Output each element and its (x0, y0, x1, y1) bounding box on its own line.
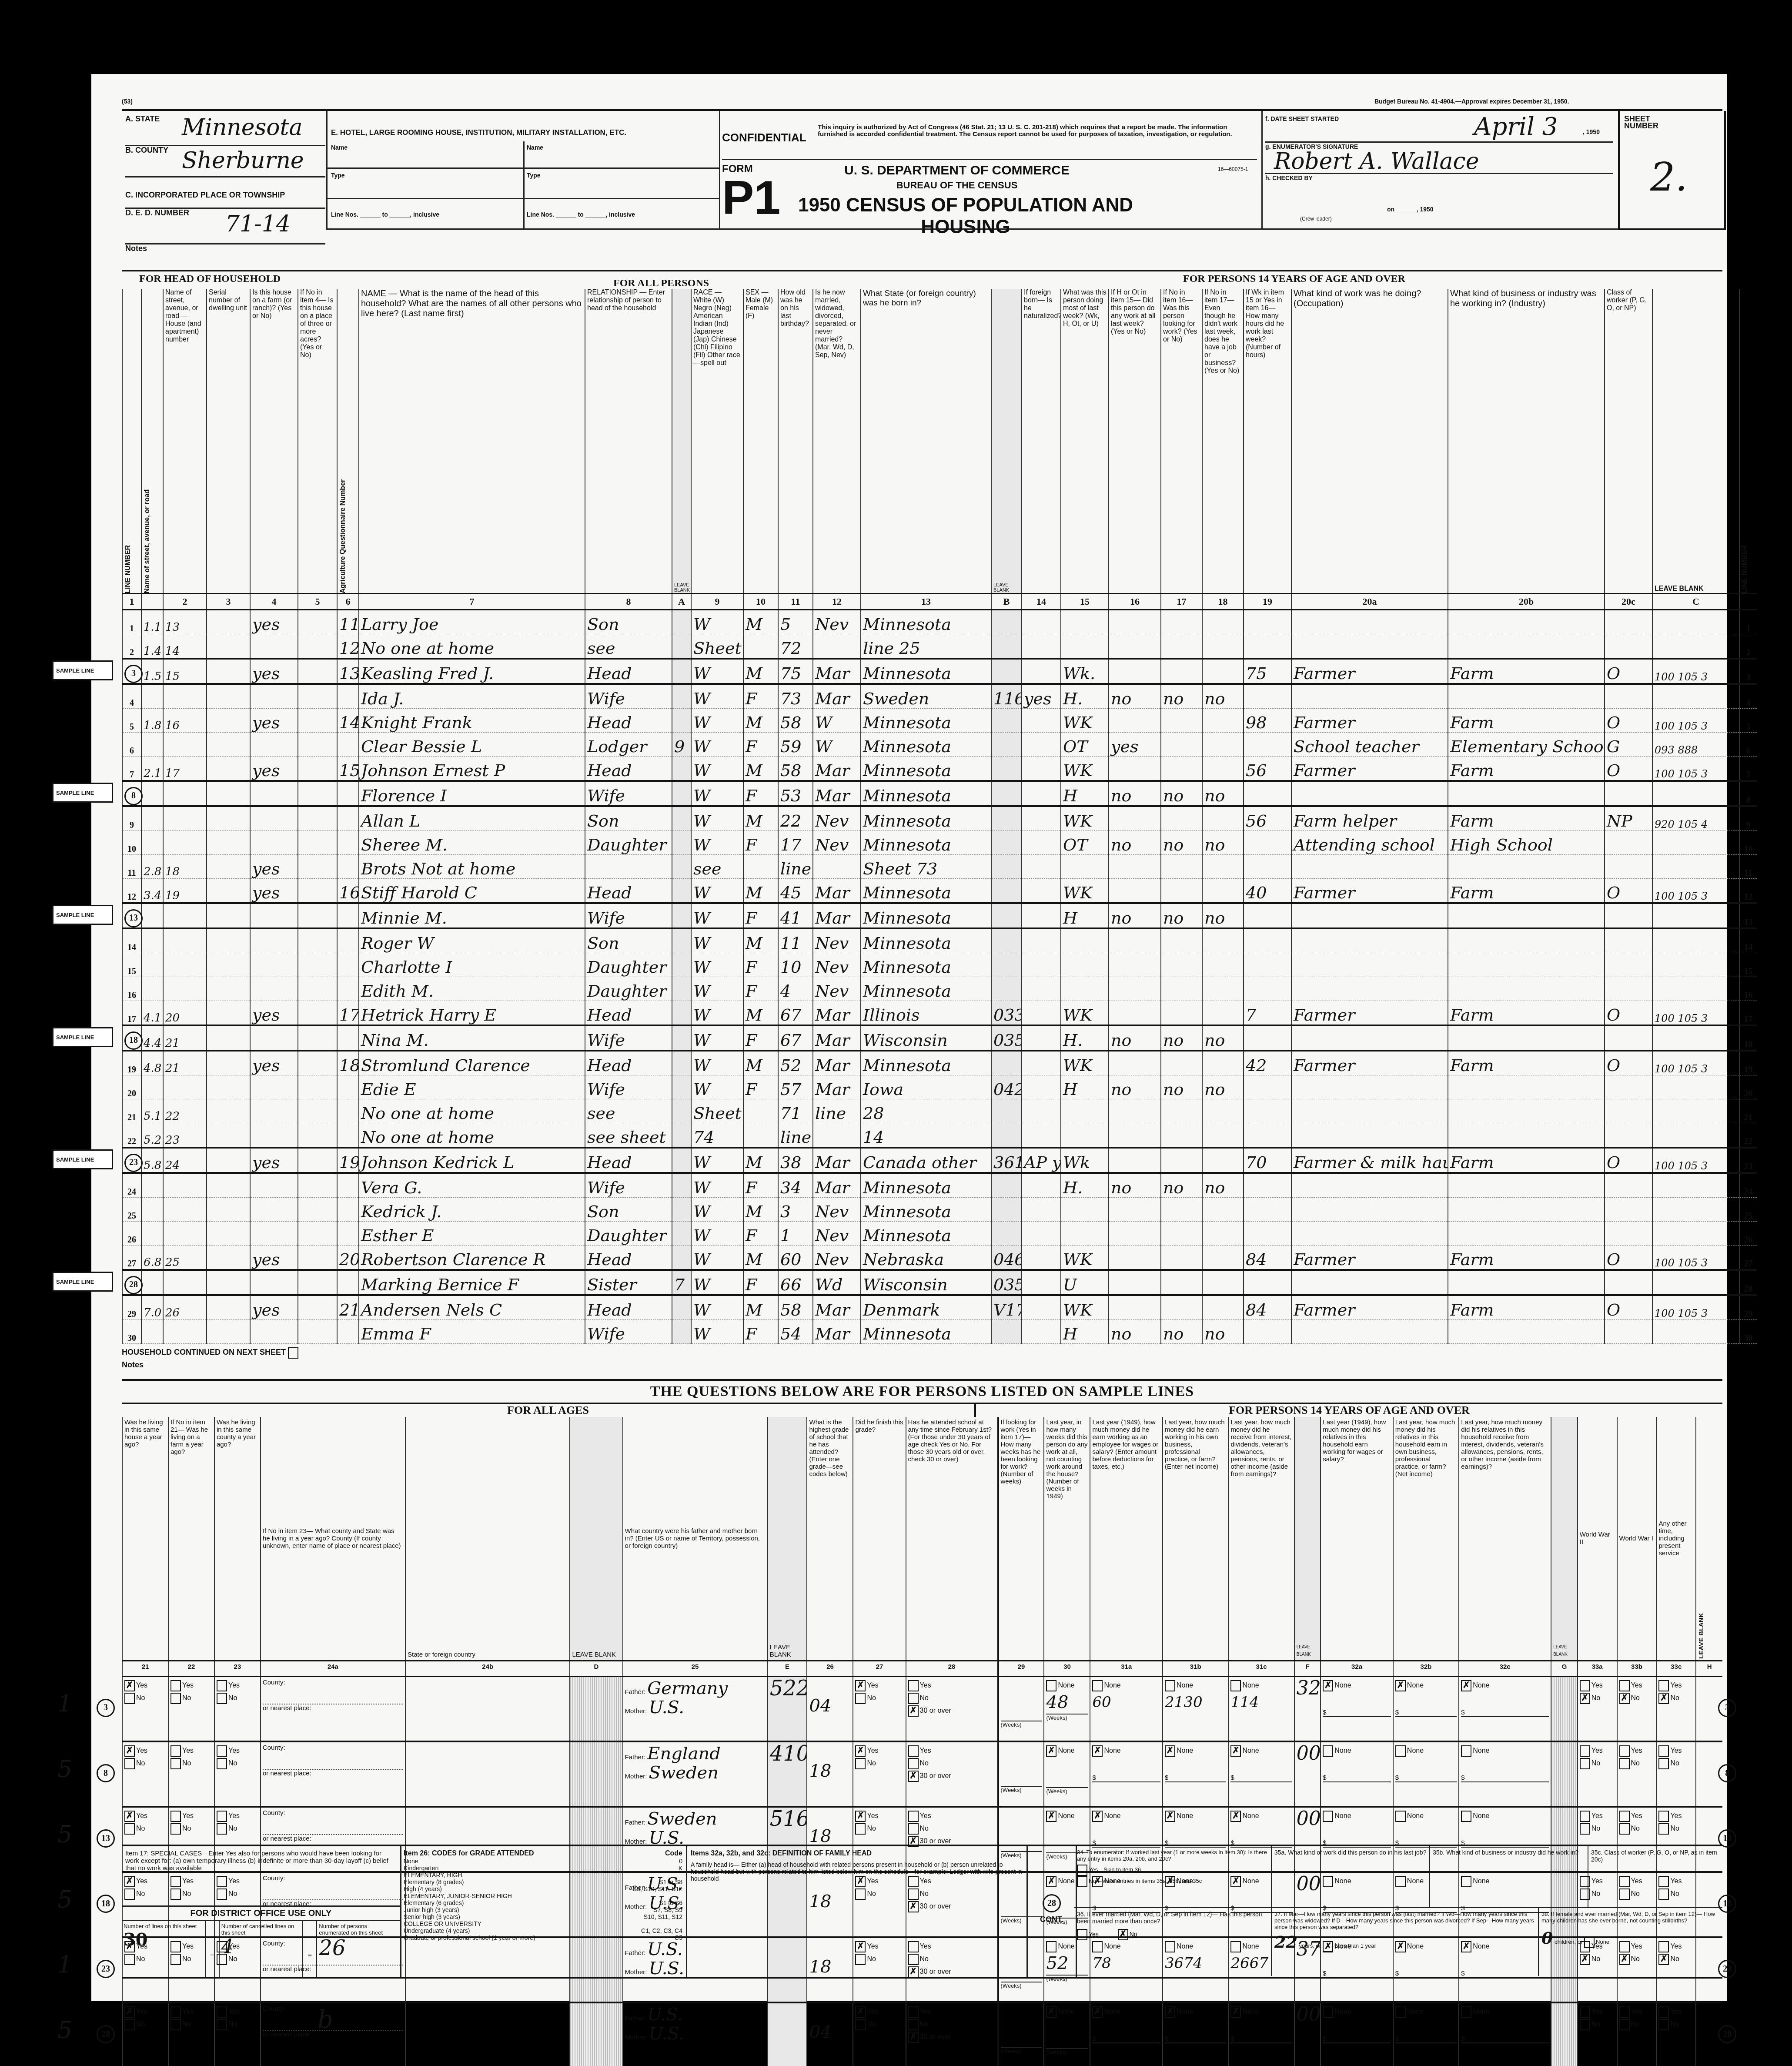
cell-person-name[interactable]: Florence I (359, 781, 585, 806)
q33b-no-checkbox[interactable]: ✗ (1619, 1693, 1630, 1704)
cell-sex[interactable]: F (743, 684, 778, 709)
cell-sex[interactable] (743, 1099, 778, 1123)
cell-worked-last-week[interactable] (1109, 708, 1161, 732)
cell-occupation[interactable]: Attending school (1291, 830, 1448, 854)
cell-occupation[interactable]: Farmer (1291, 1001, 1448, 1025)
cell-house-number[interactable] (163, 684, 207, 709)
cell-industry[interactable]: Elementary School (1448, 732, 1605, 756)
cell-sex[interactable]: F (743, 1319, 778, 1343)
q23-no-checkbox[interactable] (217, 2019, 227, 2030)
q24a-cell[interactable]: County:or nearest place: (261, 1741, 405, 1807)
cell-leave-blank-a[interactable] (672, 806, 691, 831)
cell-house-number[interactable] (163, 732, 207, 756)
cell-sex[interactable]: M (743, 708, 778, 732)
cell-race[interactable]: W (691, 953, 743, 977)
cell-line-number-right[interactable]: 12 (1739, 878, 1757, 903)
q33a-yes-checkbox[interactable] (1580, 2006, 1590, 2018)
cell-industry[interactable] (1448, 903, 1605, 928)
cell-marital-status[interactable]: Nev (813, 609, 861, 634)
cell-person-name[interactable]: No one at home (359, 1123, 585, 1148)
cell-worked-last-week[interactable] (1109, 1148, 1161, 1173)
cell-has-job[interactable]: no (1202, 903, 1244, 928)
cell-age[interactable]: 75 (778, 659, 813, 684)
cell-relationship[interactable]: Son (585, 928, 672, 953)
cell-looking-for-work[interactable] (1161, 1001, 1202, 1025)
q31a-cell[interactable]: ✗None$ (1090, 2002, 1163, 2066)
cell-race[interactable]: W (691, 1001, 743, 1025)
cell-line-number-right[interactable]: 10 (1739, 830, 1757, 854)
cell-line-number[interactable]: 5 (122, 708, 141, 732)
cell-age[interactable]: 60 (778, 1245, 813, 1270)
cell-house-number[interactable] (163, 903, 207, 928)
cell-three-acres[interactable] (298, 1270, 337, 1295)
cell-three-acres[interactable] (298, 1001, 337, 1025)
cell-agri-questionnaire[interactable] (337, 903, 359, 928)
cell-person-name[interactable]: Hetrick Harry E (359, 1001, 585, 1025)
cell-on-farm[interactable] (250, 732, 298, 756)
cell-age[interactable]: 45 (778, 878, 813, 903)
cell-marital-status[interactable]: Nev (813, 806, 861, 831)
cell-line-number-right[interactable]: 6 (1739, 732, 1757, 756)
cell-looking-for-work[interactable] (1161, 634, 1202, 659)
cell-line-number-right[interactable]: 11 (1739, 854, 1757, 878)
cell-marital-status[interactable]: Mar (813, 1148, 861, 1173)
cell-dwelling-serial[interactable] (207, 854, 250, 878)
cell-person-name[interactable]: Marking Bernice F (359, 1270, 585, 1295)
cell-birthplace[interactable]: Minnesota (861, 1319, 991, 1343)
cell-worked-last-week[interactable] (1109, 609, 1161, 634)
cell-has-job[interactable] (1202, 609, 1244, 634)
cell-hours-worked[interactable]: 98 (1244, 708, 1291, 732)
cell-age[interactable]: 67 (778, 1025, 813, 1051)
cell-three-acres[interactable] (298, 830, 337, 854)
cell-has-job[interactable]: no (1202, 781, 1244, 806)
cell-three-acres[interactable] (298, 1197, 337, 1221)
q22-no-checkbox[interactable] (171, 1758, 181, 1769)
cell-hours-worked[interactable] (1244, 732, 1291, 756)
cell-agri-questionnaire[interactable] (337, 830, 359, 854)
q26-cell[interactable]: 04 (807, 2002, 853, 2066)
cell-leave-blank-c[interactable] (1652, 830, 1739, 854)
cell-three-acres[interactable] (298, 1221, 337, 1245)
cell-agri-questionnaire[interactable] (337, 732, 359, 756)
cell-marital-status[interactable]: Nev (813, 953, 861, 977)
q31a-none-checkbox[interactable]: ✗ (1092, 2006, 1103, 2018)
cell-age[interactable]: 4 (778, 977, 813, 1001)
cell-naturalized[interactable] (1022, 1025, 1061, 1051)
cell-birthplace[interactable]: Minnesota (861, 1221, 991, 1245)
cell-hours-worked[interactable] (1244, 1221, 1291, 1245)
cell-street[interactable]: 4.8 N.E. Rge (141, 1051, 163, 1075)
cell-dwelling-serial[interactable] (207, 1319, 250, 1343)
cell-line-number[interactable]: 23 (122, 1148, 141, 1173)
cell-line-number-right[interactable]: 5 (1739, 708, 1757, 732)
cell-race[interactable]: W (691, 806, 743, 831)
cell-activity[interactable]: WK (1061, 1245, 1109, 1270)
cell-race[interactable]: W (691, 1245, 743, 1270)
cell-naturalized[interactable] (1022, 659, 1061, 684)
cell-marital-status[interactable]: Nev (813, 1245, 861, 1270)
cell-agri-questionnaire[interactable] (337, 1075, 359, 1099)
cell-sex[interactable]: F (743, 977, 778, 1001)
cell-activity[interactable]: H (1061, 781, 1109, 806)
cell-hours-worked[interactable] (1244, 953, 1291, 977)
cell-dwelling-serial[interactable] (207, 928, 250, 953)
cell-hours-worked[interactable] (1244, 609, 1291, 634)
cell-looking-for-work[interactable]: no (1161, 684, 1202, 709)
cell-three-acres[interactable] (298, 806, 337, 831)
cell-leave-blank-c[interactable] (1652, 1025, 1739, 1051)
cell-looking-for-work[interactable] (1161, 708, 1202, 732)
cell-agri-questionnaire[interactable]: 14 (337, 708, 359, 732)
cell-relationship[interactable]: Head (585, 708, 672, 732)
cell-looking-for-work[interactable]: no (1161, 1025, 1202, 1051)
q32c-cell[interactable]: None$ (1459, 2002, 1551, 2066)
cell-occupation[interactable]: Farmer (1291, 878, 1448, 903)
cell-marital-status[interactable] (813, 634, 861, 659)
cell-class-of-worker[interactable]: G (1605, 732, 1652, 756)
cell-leave-blank-b[interactable]: 035 (991, 1025, 1022, 1051)
household-continued-checkbox[interactable] (288, 1347, 298, 1359)
cell-leave-blank-c[interactable]: 093 888 (1652, 732, 1739, 756)
cell-class-of-worker[interactable] (1605, 634, 1652, 659)
q28-thirty-checkbox[interactable]: ✗ (908, 2032, 919, 2043)
q31c-none-checkbox[interactable]: ✗ (1230, 1811, 1241, 1822)
cell-three-acres[interactable] (298, 1123, 337, 1148)
cell-leave-blank-a[interactable] (672, 830, 691, 854)
cell-birthplace[interactable]: line 25 (861, 634, 991, 659)
cell-street[interactable] (141, 781, 163, 806)
cell-looking-for-work[interactable] (1161, 609, 1202, 634)
cell-birthplace[interactable]: Minnesota (861, 659, 991, 684)
cell-relationship[interactable]: see (585, 1099, 672, 1123)
cell-race[interactable]: W (691, 684, 743, 709)
cell-looking-for-work[interactable]: no (1161, 830, 1202, 854)
cell-relationship[interactable]: Son (585, 1197, 672, 1221)
q31b-none-checkbox[interactable] (1165, 1680, 1175, 1691)
cell-birthplace[interactable]: Minnesota (861, 928, 991, 953)
cell-race[interactable]: W (691, 1075, 743, 1099)
cell-looking-for-work[interactable]: no (1161, 1319, 1202, 1343)
cell-has-job[interactable] (1202, 708, 1244, 732)
cell-person-name[interactable]: Esther E (359, 1221, 585, 1245)
cell-looking-for-work[interactable] (1161, 977, 1202, 1001)
cell-line-number[interactable]: 27 (122, 1245, 141, 1270)
cell-looking-for-work[interactable] (1161, 1295, 1202, 1320)
cell-leave-blank-c[interactable] (1652, 928, 1739, 953)
cell-looking-for-work[interactable] (1161, 806, 1202, 831)
q23-no-checkbox[interactable] (217, 1758, 227, 1769)
cell-relationship[interactable]: Son (585, 806, 672, 831)
q22-yes-checkbox[interactable] (171, 1745, 181, 1757)
cell-on-farm[interactable] (250, 1270, 298, 1295)
cell-class-of-worker[interactable] (1605, 1123, 1652, 1148)
cell-three-acres[interactable] (298, 1025, 337, 1051)
cell-person-name[interactable]: Johnson Ernest P (359, 756, 585, 781)
cell-sex[interactable]: F (743, 1270, 778, 1295)
cell-agri-questionnaire[interactable] (337, 1197, 359, 1221)
cell-has-job[interactable] (1202, 1001, 1244, 1025)
cell-hours-worked[interactable] (1244, 830, 1291, 854)
cell-naturalized[interactable] (1022, 1051, 1061, 1075)
q33c-no-checkbox[interactable]: ✗ (1658, 1693, 1669, 1704)
cell-activity[interactable] (1061, 953, 1109, 977)
cell-on-farm[interactable] (250, 634, 298, 659)
cell-house-number[interactable] (163, 1173, 207, 1198)
cell-birthplace[interactable]: Sheet 73 (861, 854, 991, 878)
q33a-no-checkbox[interactable] (1580, 2019, 1590, 2030)
cell-line-number-right[interactable]: 4 (1739, 684, 1757, 709)
cell-worked-last-week[interactable]: no (1109, 1173, 1161, 1198)
cell-industry[interactable] (1448, 684, 1605, 709)
cell-hours-worked[interactable] (1244, 1197, 1291, 1221)
cell-activity[interactable]: WK (1061, 806, 1109, 831)
cell-dwelling-serial[interactable] (207, 1245, 250, 1270)
cell-leave-blank-a[interactable] (672, 977, 691, 1001)
cell-street[interactable] (141, 1270, 163, 1295)
cell-leave-blank-a[interactable] (672, 1001, 691, 1025)
cell-race[interactable]: Sheet (691, 634, 743, 659)
q27-no-checkbox[interactable] (855, 1823, 866, 1835)
cell-marital-status[interactable]: Nev (813, 1221, 861, 1245)
cell-sex[interactable]: F (743, 781, 778, 806)
cell-sex[interactable]: F (743, 732, 778, 756)
q28-no-checkbox[interactable] (908, 1758, 919, 1769)
cell-industry[interactable] (1448, 1123, 1605, 1148)
cell-leave-blank-b[interactable]: 042 (991, 1075, 1022, 1099)
cell-agri-questionnaire[interactable] (337, 806, 359, 831)
cell-birthplace[interactable]: Minnesota (861, 1173, 991, 1198)
q22-no-checkbox[interactable] (171, 1693, 181, 1704)
cell-street[interactable]: 5.8 Hwy (141, 1148, 163, 1173)
cell-on-farm[interactable] (250, 830, 298, 854)
cell-on-farm[interactable] (250, 1319, 298, 1343)
cell-activity[interactable]: U (1061, 1270, 1109, 1295)
cell-leave-blank-a[interactable] (672, 756, 691, 781)
cell-looking-for-work[interactable] (1161, 1270, 1202, 1295)
cell-leave-blank-a[interactable] (672, 1099, 691, 1123)
cell-house-number[interactable] (163, 830, 207, 854)
cell-on-farm[interactable] (250, 1221, 298, 1245)
cell-naturalized[interactable] (1022, 806, 1061, 831)
q32a-cell[interactable]: None$ (1321, 1741, 1393, 1807)
cell-house-number[interactable] (163, 1221, 207, 1245)
cell-leave-blank-a[interactable] (672, 609, 691, 634)
cell-class-of-worker[interactable] (1605, 1319, 1652, 1343)
q33b-no-checkbox[interactable] (1619, 1758, 1630, 1769)
cell-agri-questionnaire[interactable] (337, 1025, 359, 1051)
cell-has-job[interactable] (1202, 878, 1244, 903)
cell-leave-blank-b[interactable]: 035 (991, 1270, 1022, 1295)
cell-has-job[interactable] (1202, 1197, 1244, 1221)
cell-on-farm[interactable]: yes (250, 1295, 298, 1320)
cell-looking-for-work[interactable]: no (1161, 1173, 1202, 1198)
cell-house-number[interactable] (163, 806, 207, 831)
cell-race[interactable]: see (691, 854, 743, 878)
cell-race[interactable]: W (691, 1295, 743, 1320)
cell-has-job[interactable] (1202, 977, 1244, 1001)
cell-relationship[interactable]: see (585, 634, 672, 659)
q24b-cell[interactable] (405, 1676, 570, 1741)
cell-naturalized[interactable] (1022, 781, 1061, 806)
cell-sex[interactable]: F (743, 1173, 778, 1198)
cell-leave-blank-b[interactable] (991, 977, 1022, 1001)
q27-no-checkbox[interactable] (855, 2019, 866, 2030)
cell-leave-blank-b[interactable]: 116 (991, 684, 1022, 709)
cell-line-number[interactable]: 24 (122, 1173, 141, 1198)
cell-industry[interactable]: Farm (1448, 756, 1605, 781)
q26-cell[interactable]: 18 (807, 1741, 853, 1807)
cell-on-farm[interactable] (250, 1025, 298, 1051)
cell-line-number-right[interactable]: 30 (1739, 1319, 1757, 1343)
cell-line-number[interactable]: 11 (122, 854, 141, 878)
cell-industry[interactable] (1448, 781, 1605, 806)
q35a-cell[interactable]: 35a. What kind of work did this person d… (1272, 1846, 1430, 1907)
cell-activity[interactable] (1061, 1221, 1109, 1245)
cell-naturalized[interactable] (1022, 1270, 1061, 1295)
cell-street[interactable]: 1.4 (141, 634, 163, 659)
cell-person-name[interactable]: Keasling Fred J. (359, 659, 585, 684)
cell-has-job[interactable]: no (1202, 1173, 1244, 1198)
cell-line-number[interactable]: 30 (122, 1319, 141, 1343)
cell-class-of-worker[interactable] (1605, 928, 1652, 953)
cell-agri-questionnaire[interactable] (337, 1319, 359, 1343)
cell-line-number[interactable]: 14 (122, 928, 141, 953)
q33b-yes-checkbox[interactable] (1619, 1811, 1630, 1822)
cell-activity[interactable] (1061, 854, 1109, 878)
cell-worked-last-week[interactable] (1109, 1051, 1161, 1075)
cell-house-number[interactable]: 15 (163, 659, 207, 684)
cell-looking-for-work[interactable] (1161, 1148, 1202, 1173)
cell-on-farm[interactable]: yes (250, 609, 298, 634)
cell-agri-questionnaire[interactable]: 15 (337, 756, 359, 781)
cell-leave-blank-c[interactable]: 100 105 3 (1652, 708, 1739, 732)
cell-street[interactable]: 5.2 (141, 1123, 163, 1148)
q21-yes-checkbox[interactable]: ✗ (124, 1811, 135, 1822)
q33c-no-checkbox[interactable] (1658, 1758, 1669, 1769)
cell-person-name[interactable]: Brots Not at home (359, 854, 585, 878)
cell-agri-questionnaire[interactable]: 16 (337, 878, 359, 903)
cell-age[interactable]: 66 (778, 1270, 813, 1295)
cell-birthplace[interactable]: Minnesota (861, 609, 991, 634)
cell-industry[interactable] (1448, 1099, 1605, 1123)
cell-birthplace[interactable]: Minnesota (861, 953, 991, 977)
cell-marital-status[interactable]: Mar (813, 1173, 861, 1198)
cell-leave-blank-c[interactable] (1652, 977, 1739, 1001)
q30-cell[interactable]: None48(Weeks) (1044, 1676, 1090, 1741)
cell-three-acres[interactable] (298, 1245, 337, 1270)
cell-line-number[interactable]: 29 (122, 1295, 141, 1320)
cell-leave-blank-b[interactable] (991, 953, 1022, 977)
cell-leave-blank-b[interactable]: V17 (991, 1295, 1022, 1320)
cell-industry[interactable]: Farm (1448, 806, 1605, 831)
cell-house-number[interactable] (163, 977, 207, 1001)
q23-yes-checkbox[interactable] (217, 1745, 227, 1757)
cell-relationship[interactable]: Wife (585, 1025, 672, 1051)
cell-line-number-right[interactable]: 15 (1739, 953, 1757, 977)
cell-line-number-right[interactable]: 28 (1739, 1270, 1757, 1295)
cell-birthplace[interactable]: Minnesota (861, 756, 991, 781)
cell-age[interactable]: 67 (778, 1001, 813, 1025)
cell-activity[interactable] (1061, 977, 1109, 1001)
cell-naturalized[interactable] (1022, 1173, 1061, 1198)
cell-birthplace[interactable]: Nebraska (861, 1245, 991, 1270)
cell-birthplace[interactable]: Minnesota (861, 830, 991, 854)
cell-industry[interactable]: Farm (1448, 1051, 1605, 1075)
cell-hours-worked[interactable] (1244, 1123, 1291, 1148)
cell-worked-last-week[interactable]: no (1109, 830, 1161, 854)
cell-dwelling-serial[interactable] (207, 781, 250, 806)
cell-line-number[interactable]: 4 (122, 684, 141, 709)
cell-leave-blank-c[interactable] (1652, 953, 1739, 977)
cell-age[interactable]: 22 (778, 806, 813, 831)
cell-activity[interactable]: Wk. (1061, 659, 1109, 684)
q32c-cell[interactable]: None$ (1459, 1741, 1551, 1807)
cell-agri-questionnaire[interactable] (337, 1123, 359, 1148)
cell-leave-blank-c[interactable] (1652, 1099, 1739, 1123)
cell-age[interactable]: 1 (778, 1221, 813, 1245)
cell-hours-worked[interactable] (1244, 1099, 1291, 1123)
cell-has-job[interactable] (1202, 756, 1244, 781)
q32a-none-checkbox[interactable]: ✗ (1323, 1680, 1333, 1691)
cell-sex[interactable]: M (743, 928, 778, 953)
cell-hours-worked[interactable]: 84 (1244, 1245, 1291, 1270)
cell-agri-questionnaire[interactable] (337, 953, 359, 977)
cell-line-number-right[interactable]: 21 (1739, 1099, 1757, 1123)
cell-industry[interactable] (1448, 609, 1605, 634)
cell-birthplace[interactable]: Minnesota (861, 1051, 991, 1075)
cell-class-of-worker[interactable]: O (1605, 1245, 1652, 1270)
cell-three-acres[interactable] (298, 781, 337, 806)
cell-race[interactable]: W (691, 1148, 743, 1173)
cell-has-job[interactable] (1202, 732, 1244, 756)
cell-occupation[interactable]: Farm helper (1291, 806, 1448, 831)
cell-birthplace[interactable]: Canada other (861, 1148, 991, 1173)
cell-three-acres[interactable] (298, 1051, 337, 1075)
cell-class-of-worker[interactable] (1605, 1075, 1652, 1099)
q32b-cell[interactable]: None$ (1393, 2002, 1459, 2066)
q35c-cell[interactable]: 35c. Class of worker (P, G, O, or NP, as… (1588, 1846, 1722, 1907)
cell-looking-for-work[interactable] (1161, 1197, 1202, 1221)
cell-leave-blank-a[interactable] (672, 1319, 691, 1343)
cell-activity[interactable] (1061, 1099, 1109, 1123)
cell-on-farm[interactable] (250, 1173, 298, 1198)
cell-three-acres[interactable] (298, 708, 337, 732)
cell-house-number[interactable] (163, 928, 207, 953)
cell-industry[interactable] (1448, 928, 1605, 953)
cell-naturalized[interactable] (1022, 928, 1061, 953)
cell-hours-worked[interactable] (1244, 903, 1291, 928)
q31a-none-checkbox[interactable]: ✗ (1092, 1811, 1103, 1822)
cell-leave-blank-a[interactable] (672, 1295, 691, 1320)
cell-relationship[interactable]: Daughter (585, 977, 672, 1001)
cell-on-farm[interactable]: yes (250, 854, 298, 878)
cell-birthplace[interactable]: Minnesota (861, 708, 991, 732)
cell-on-farm[interactable] (250, 1197, 298, 1221)
cell-sex[interactable] (743, 854, 778, 878)
cell-line-number-right[interactable]: 7 (1739, 756, 1757, 781)
cell-class-of-worker[interactable]: O (1605, 1051, 1652, 1075)
cell-on-farm[interactable] (250, 684, 298, 709)
date-field[interactable]: f. DATE SHEET STARTED April 3 , 1950 (1265, 115, 1613, 143)
cell-hours-worked[interactable]: 56 (1244, 806, 1291, 831)
cell-line-number-right[interactable]: 18 (1739, 1025, 1757, 1051)
cell-class-of-worker[interactable] (1605, 1270, 1652, 1295)
cell-house-number[interactable]: 26 (163, 1295, 207, 1320)
cell-line-number[interactable]: 25 (122, 1197, 141, 1221)
cell-relationship[interactable]: Wife (585, 1075, 672, 1099)
cell-naturalized[interactable] (1022, 953, 1061, 977)
